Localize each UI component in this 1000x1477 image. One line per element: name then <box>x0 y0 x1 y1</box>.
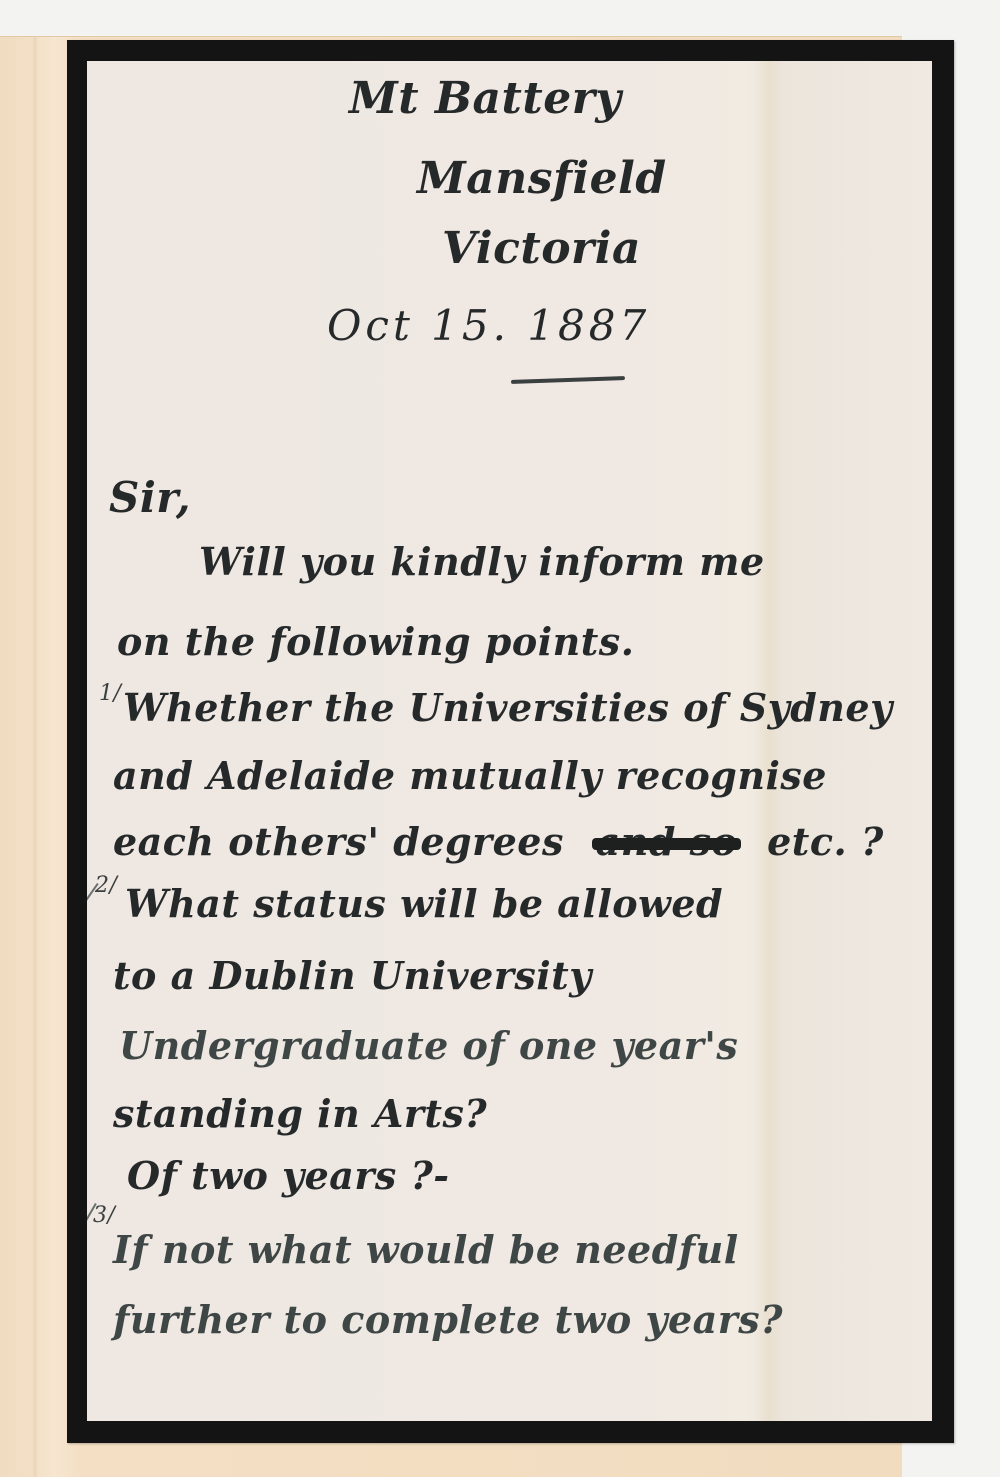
point-3-line-1: If not what would be needful <box>113 1227 739 1272</box>
point-1-line-2: and Adelaide mutually recognise <box>113 753 827 798</box>
page-fold <box>32 37 38 1477</box>
point-1-number: 1/ <box>99 681 121 706</box>
point-2-line-1: What status will be allowed <box>125 881 723 926</box>
intro-line-1: Will you kindly inform me <box>199 539 765 584</box>
point-3-number: 3/ <box>93 1203 115 1228</box>
point-3-line-2: further to complete two years? <box>113 1297 783 1342</box>
address-line-2: Mansfield <box>417 153 667 204</box>
point-2-line-3: Undergraduate of one year's <box>119 1023 738 1068</box>
point-2-number: 2/ <box>95 873 117 898</box>
letter-paper: Mt Battery Mansfield Victoria Oct 15. 18… <box>87 61 932 1421</box>
point-2-line-2: to a Dublin University <box>113 953 592 998</box>
point-1-line-1: Whether the Universities of Sydney <box>123 685 893 730</box>
date-underline <box>511 376 625 384</box>
address-line-3: Victoria <box>442 223 641 274</box>
point-1-line-3-text: each others' degrees <box>113 819 564 864</box>
salutation: Sir, <box>109 473 191 522</box>
intro-line-2: on the following points. <box>117 619 634 664</box>
paper-crease <box>754 61 784 1421</box>
point-2-line-4: standing in Arts? <box>113 1091 487 1136</box>
struck-out-text: and so <box>596 819 738 864</box>
letter-date: Oct 15. 1887 <box>327 301 650 350</box>
address-line-1: Mt Battery <box>349 73 621 124</box>
point-1-line-3: each others' degrees and so etc. ? <box>113 819 884 864</box>
point-1-line-end: etc. ? <box>767 819 884 864</box>
point-2-line-5: Of two years ?- <box>127 1153 450 1198</box>
